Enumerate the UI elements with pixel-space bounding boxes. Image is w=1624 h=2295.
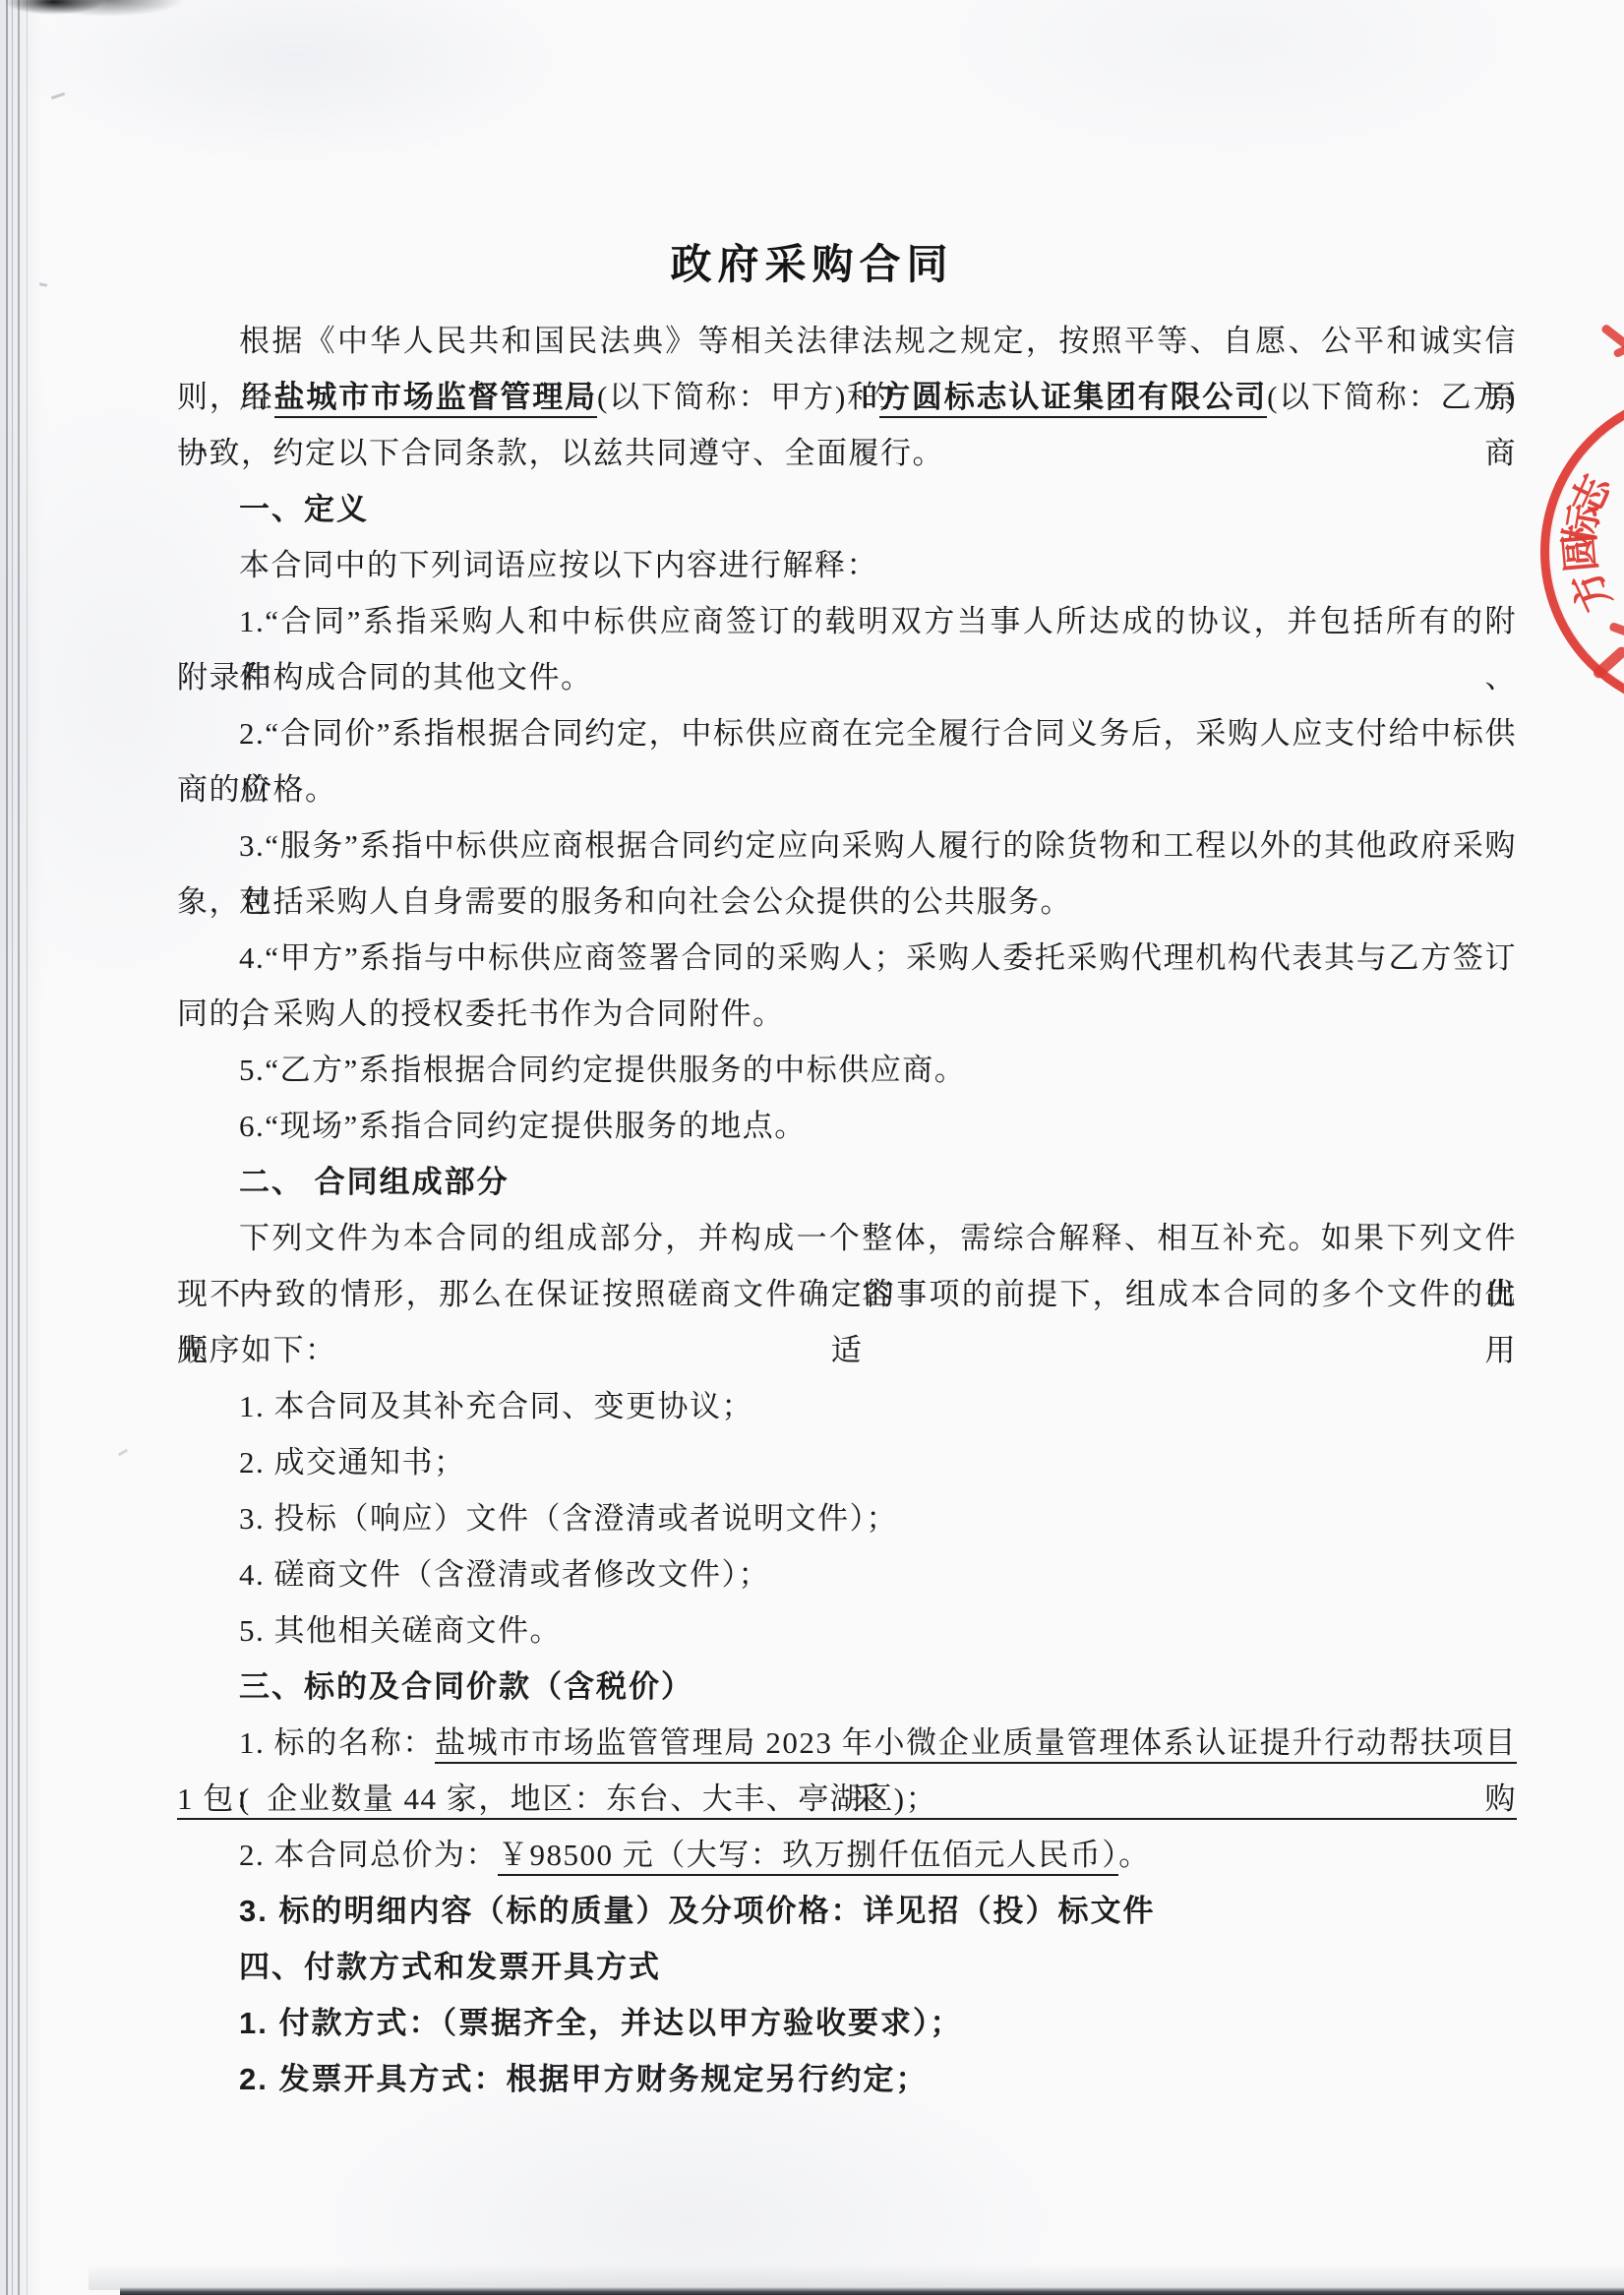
text-line: 2.“合同价”系指根据合同约定，中标供应商在完全履行合同义务后，采购人应支付给中… <box>177 705 1517 761</box>
text-segment: 一致，约定以下合同条款，以兹共同遵守、全面履行。 <box>177 436 944 470</box>
text-line: 5. 其他相关磋商文件。 <box>177 1602 1517 1659</box>
text-segment: (以下简称：甲方)和 <box>597 380 879 414</box>
text-segment: 方圆标志认证集团有限公司 <box>879 380 1267 418</box>
text-line: 一致，约定以下合同条款，以兹共同遵守、全面履行。 <box>177 425 1517 481</box>
text-line: 顺序如下： <box>177 1322 1517 1378</box>
document-title: 政府采购合同 <box>0 232 1624 291</box>
text-line: 6.“现场”系指合同约定提供服务的地点。 <box>177 1098 1517 1154</box>
text-segment: 2. 本合同总价为： <box>239 1838 498 1872</box>
text-line: 一、定义 <box>177 481 1517 537</box>
scan-speck <box>118 1449 128 1457</box>
text-segment: 附录和构成合同的其他文件。 <box>177 660 593 695</box>
text-line: 附录和构成合同的其他文件。 <box>177 649 1517 705</box>
text-line: 商的价格。 <box>177 761 1517 817</box>
text-line: 2. 本合同总价为：￥98500 元（大写：玖万捌仟伍佰元人民币）。 <box>177 1827 1517 1883</box>
text-segment: 1. 标的名称： <box>239 1725 435 1760</box>
text-line: 根据《中华人民共和国民法典》等相关法律法规之规定，按照平等、自愿、公平和诚实信用… <box>177 313 1517 369</box>
text-line: 1. 本合同及其补充合同、变更协议； <box>177 1378 1517 1434</box>
text-line: 象，包括采购人自身需要的服务和向社会公众提供的公共服务。 <box>177 874 1517 930</box>
text-segment: 5.“乙方”系指根据合同约定提供服务的中标供应商。 <box>239 1053 966 1087</box>
text-segment: 2. 发票开具方式：根据甲方财务规定另行约定； <box>239 2062 928 2096</box>
scanned-contract-page: { "document": { "title": "政府采购合同", "line… <box>0 0 1624 2295</box>
text-line: 3. 投标（响应）文件（含澄清或者说明文件）； <box>177 1490 1517 1546</box>
text-line: 下列文件为本合同的组成部分，并构成一个整体，需综合解释、相互补充。如果下列文件内… <box>177 1210 1517 1266</box>
scan-edge-line <box>18 0 20 2295</box>
text-segment: 4. 磋商文件（含澄清或者修改文件）； <box>239 1557 770 1592</box>
text-segment: 象，包括采购人自身需要的服务和向社会公众提供的公共服务。 <box>177 884 1072 919</box>
text-line: 1. 标的名称：盐城市市场监管管理局 2023 年小微企业质量管理体系认证提升行… <box>177 1715 1517 1771</box>
text-line: 1.“合同”系指采购人和中标供应商签订的载明双方当事人所达成的协议，并包括所有的… <box>177 593 1517 649</box>
text-line: 则，经盐城市市场监督管理局(以下简称：甲方)和方圆标志认证集团有限公司(以下简称… <box>177 369 1517 425</box>
text-segment: 四、付款方式和发票开具方式 <box>239 1950 661 1984</box>
scan-speck <box>51 92 65 99</box>
text-segment: ； <box>906 1782 938 1816</box>
text-segment: 6.“现场”系指合同约定提供服务的地点。 <box>239 1109 807 1143</box>
text-line: 3. 标的明细内容（标的质量）及分项价格：详见招（投）标文件 <box>177 1883 1517 1939</box>
text-segment: 3. 投标（响应）文件（含澄清或者说明文件）； <box>239 1501 898 1536</box>
scan-bottom-edge <box>120 2287 1624 2295</box>
text-segment: 一、定义 <box>239 492 369 526</box>
text-line: 三、标的及合同价款（含税价） <box>177 1659 1517 1715</box>
text-line: 1 包：企业数量 44 家，地区：东台、大丰、亭湖区)； <box>177 1771 1517 1827</box>
text-segment: 盐城市市场监督管理局 <box>274 380 597 418</box>
text-segment: 。 <box>1118 1838 1151 1872</box>
text-line: 2. 发票开具方式：根据甲方财务规定另行约定； <box>177 2051 1517 2107</box>
text-line: 本合同中的下列词语应按以下内容进行解释： <box>177 537 1517 593</box>
text-line: 3.“服务”系指中标供应商根据合同约定应向采购人履行的除货物和工程以外的其他政府… <box>177 817 1517 874</box>
text-line: 四、付款方式和发票开具方式 <box>177 1939 1517 1995</box>
text-segment: 1. 本合同及其补充合同、变更协议； <box>239 1389 753 1423</box>
text-line: 二、 合同组成部分 <box>177 1154 1517 1210</box>
text-segment: 三、标的及合同价款（含税价） <box>239 1669 693 1704</box>
text-segment: 3. 标的明细内容（标的质量）及分项价格：详见招（投）标文件 <box>239 1894 1155 1928</box>
text-line: 2. 成交通知书； <box>177 1434 1517 1490</box>
scan-smudge <box>0 0 187 39</box>
text-segment: 1. 付款方式：（票据齐全，并达以甲方验收要求）； <box>239 2006 962 2040</box>
text-segment: 商的价格。 <box>177 772 337 807</box>
text-line: 4. 磋商文件（含澄清或者修改文件）； <box>177 1546 1517 1602</box>
text-segment: 本合同中的下列词语应按以下内容进行解释： <box>239 548 878 582</box>
text-segment: 2. 成交通知书； <box>239 1445 466 1480</box>
text-segment: 二、 合同组成部分 <box>239 1165 510 1199</box>
text-line: 1. 付款方式：（票据齐全，并达以甲方验收要求）； <box>177 1995 1517 2051</box>
scan-edge-line <box>27 0 28 2295</box>
scan-edge-line <box>12 0 13 2295</box>
text-segment: 则，经 <box>177 380 274 414</box>
scan-edge-line <box>6 0 8 2295</box>
text-line: 同的，采购人的授权委托书作为合同附件。 <box>177 986 1517 1042</box>
text-segment: 同的，采购人的授权委托书作为合同附件。 <box>177 997 785 1031</box>
text-segment: 5. 其他相关磋商文件。 <box>239 1613 562 1648</box>
text-segment: 1 包：企业数量 44 家，地区：东台、大丰、亭湖区) <box>177 1782 906 1820</box>
text-line: 4.“甲方”系指与中标供应商签署合同的采购人；采购人委托采购代理机构代表其与乙方… <box>177 930 1517 986</box>
text-segment: ￥98500 元（大写：玖万捌仟伍佰元人民币） <box>498 1838 1118 1876</box>
text-line: 5.“乙方”系指根据合同约定提供服务的中标供应商。 <box>177 1042 1517 1098</box>
text-line: 现不一致的情形，那么在保证按照磋商文件确定的事项的前提下，组成本合同的多个文件的… <box>177 1266 1517 1322</box>
text-segment: 顺序如下： <box>177 1333 337 1367</box>
